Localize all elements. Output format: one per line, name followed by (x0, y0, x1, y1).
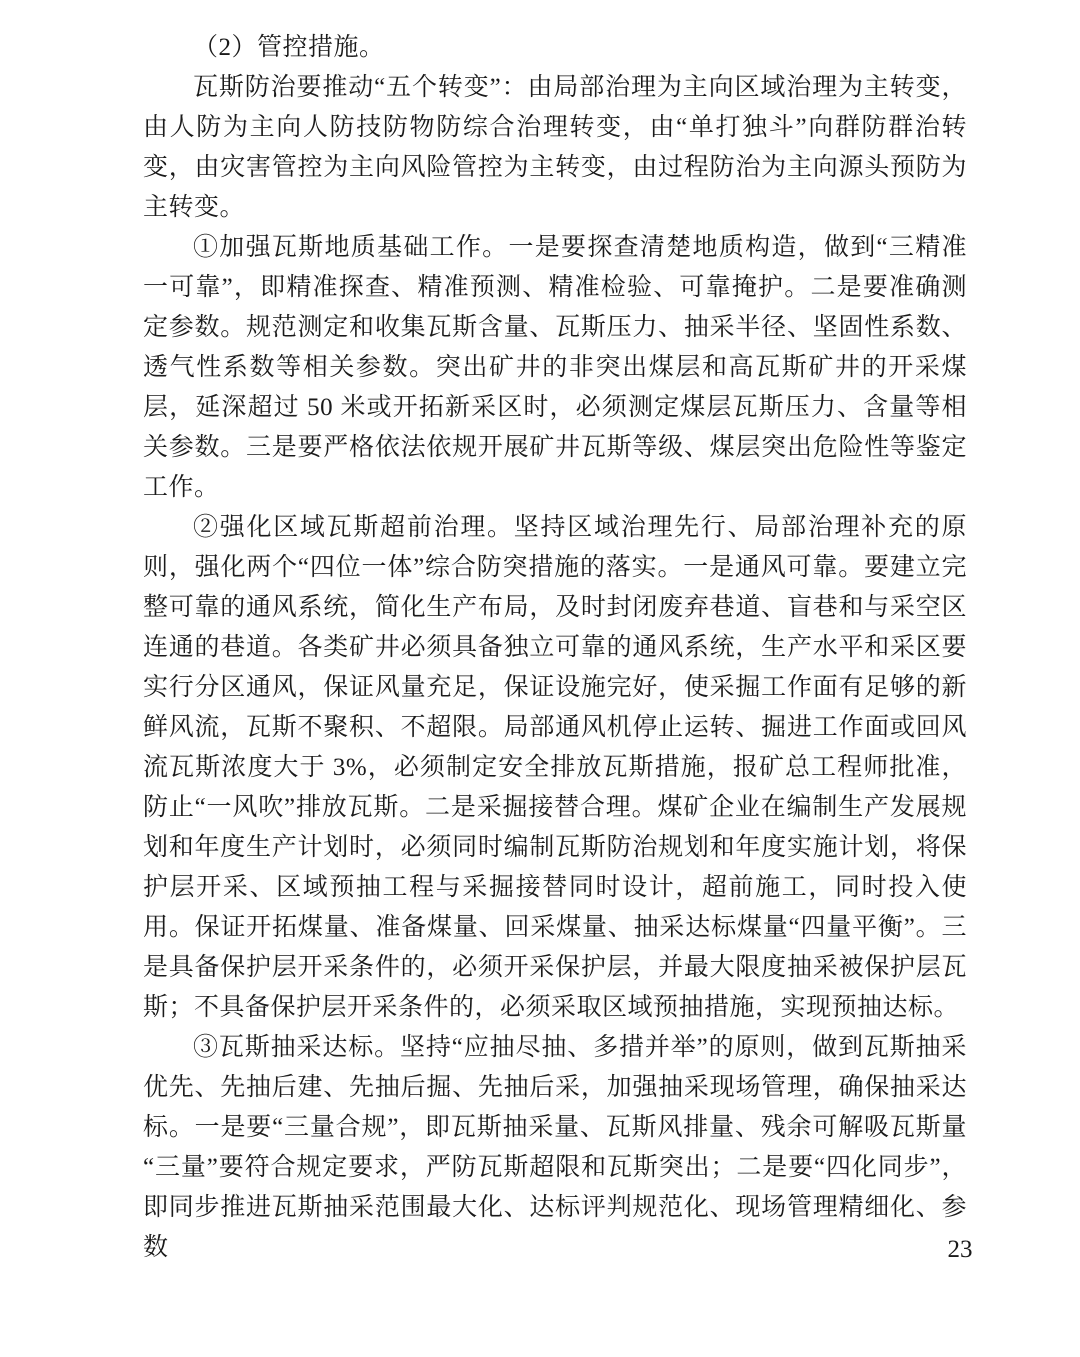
section-heading: （2）管控措施。 (143, 28, 967, 68)
paragraph-3-gas-extraction-standards: ③瓦斯抽采达标。坚持“应抽尽抽、多措并举”的原则，做到瓦斯抽采优先、先抽后建、先… (143, 1028, 967, 1268)
document-page: （2）管控措施。 瓦斯防治要推动“五个转变”：由局部治理为主向区域治理为主转变，… (0, 0, 1080, 1357)
paragraph-2-regional-gas-advance-control: ②强化区域瓦斯超前治理。坚持区域治理先行、局部治理补充的原则，强化两个“四位一体… (143, 508, 967, 1028)
paragraph-1-gas-geology-basics: ①加强瓦斯地质基础工作。一是要探查清楚地质构造，做到“三精准一可靠”，即精准探查… (143, 228, 967, 508)
document-body: （2）管控措施。 瓦斯防治要推动“五个转变”：由局部治理为主向区域治理为主转变，… (143, 28, 967, 1268)
page-number: 23 (938, 1235, 982, 1265)
paragraph-five-transformations: 瓦斯防治要推动“五个转变”：由局部治理为主向区域治理为主转变，由人防为主向人防技… (143, 68, 967, 228)
